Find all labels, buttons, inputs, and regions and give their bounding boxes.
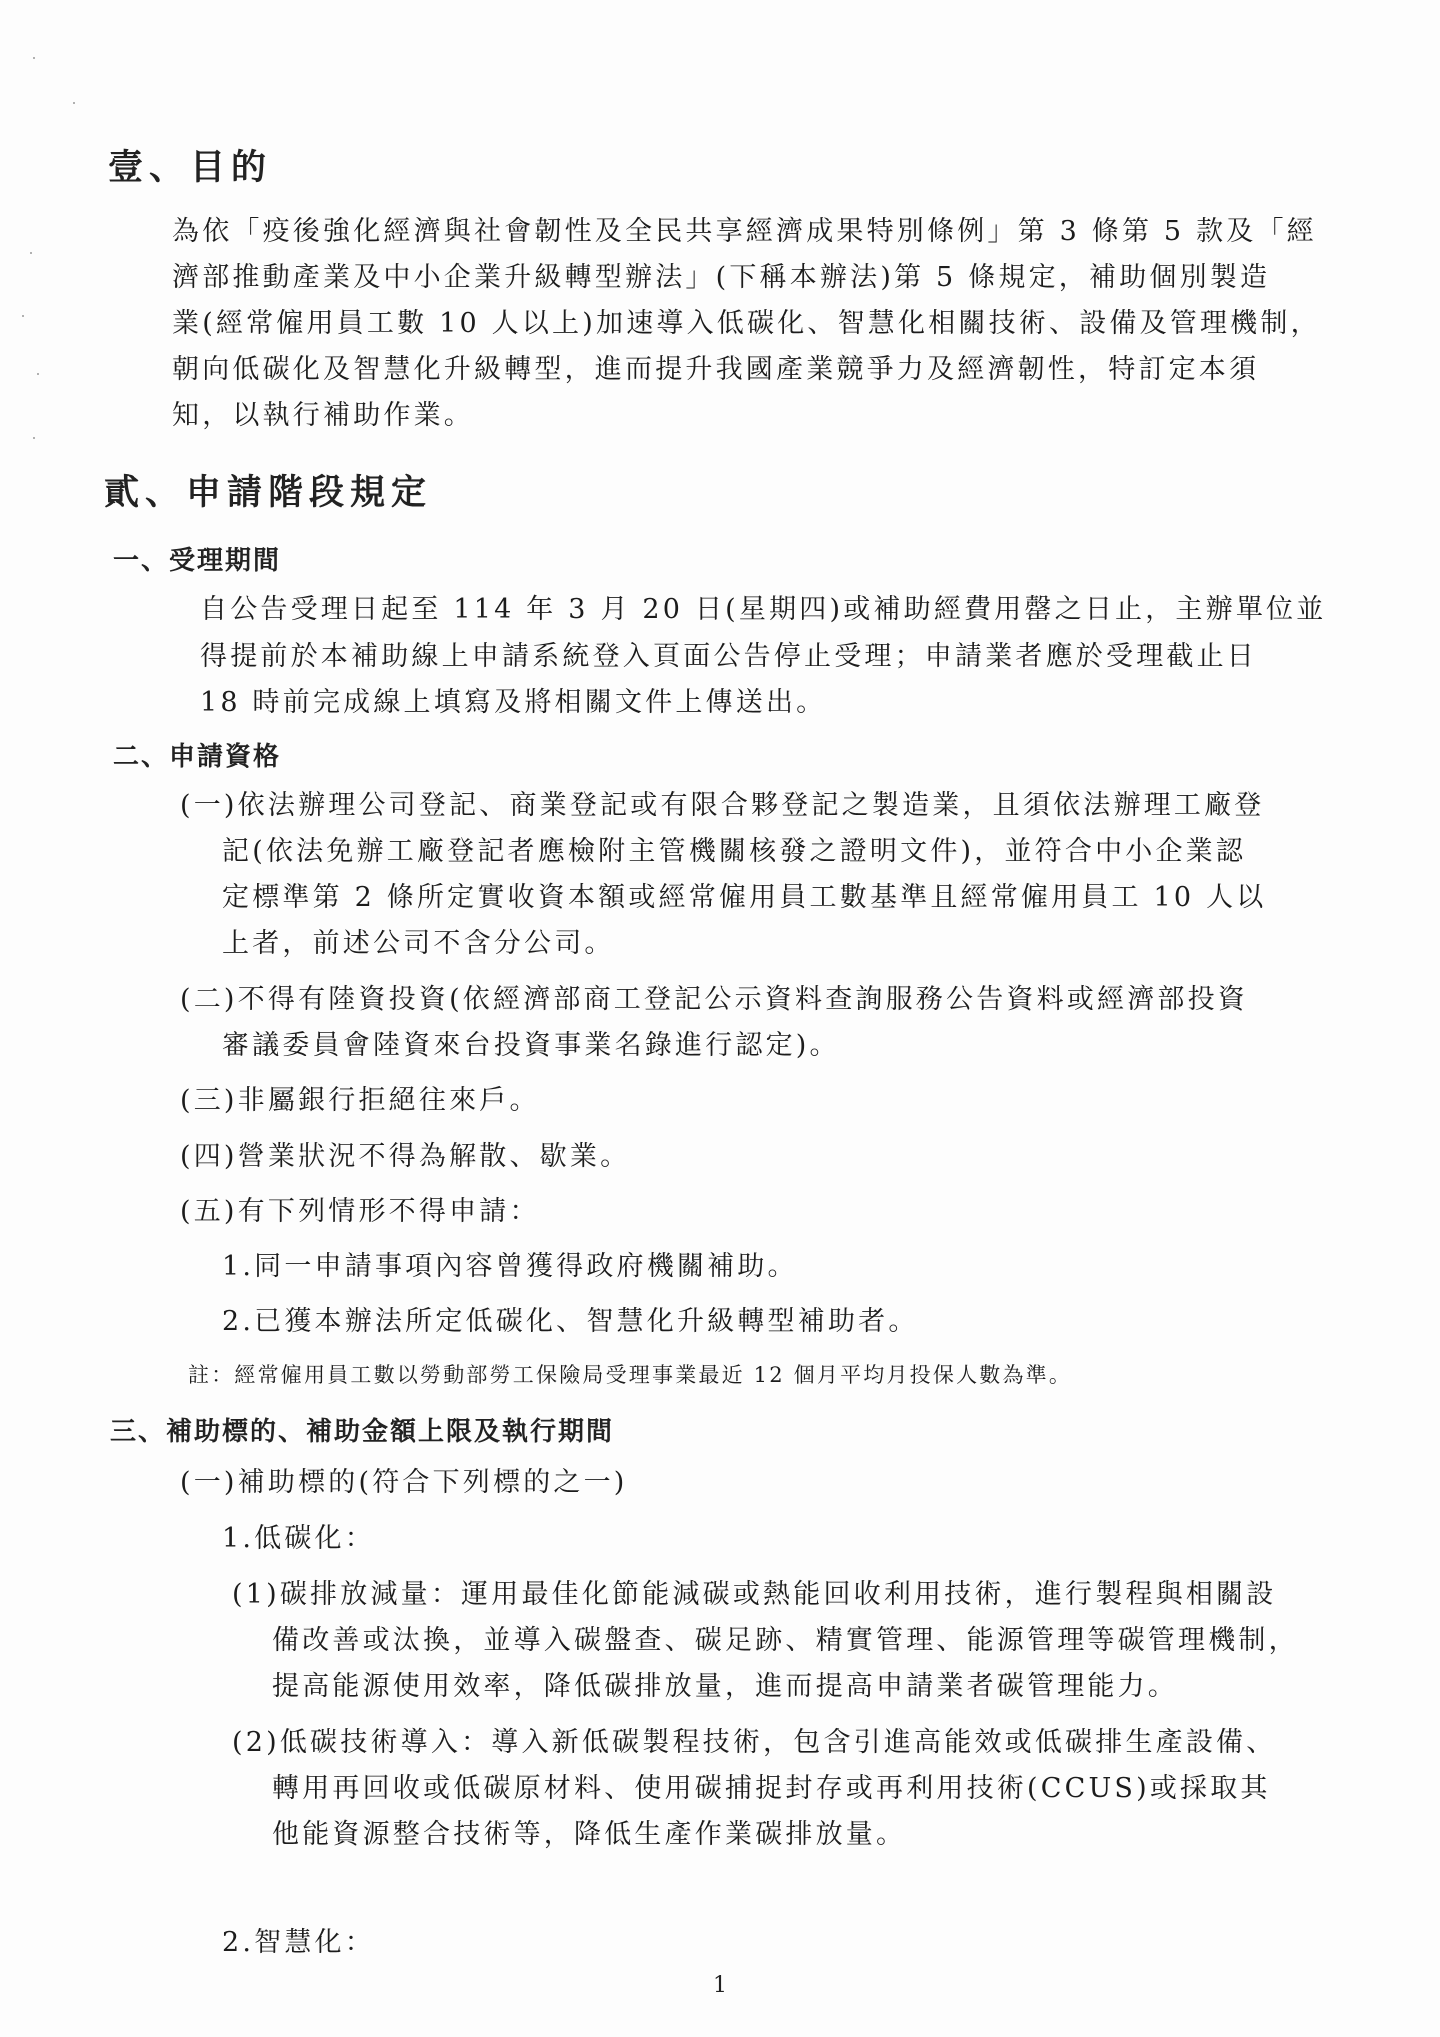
section-heading-purpose: 壹、目的: [108, 143, 272, 193]
eligibility-item-1: 記(依法免辦工廠登記者應檢附主管機關核發之證明文件)，並符合中小企業認: [222, 832, 1246, 872]
eligibility-item-5: (五)有下列情形不得申請：: [180, 1192, 540, 1232]
subsidy-item-1: (一)補助標的(符合下列標的之一): [180, 1463, 628, 1503]
eligibility-item-2: (二)不得有陸資投資(依經濟部商工登記公示資料查詢服務公告資料或經濟部投資: [180, 980, 1248, 1020]
eligibility-subitem: 2.已獲本辦法所定低碳化、智慧化升級轉型補助者。: [222, 1302, 919, 1342]
scan-speck: [33, 57, 35, 59]
paragraph-line: 知，以執行補助作業。: [172, 396, 474, 436]
page-number: 1: [0, 1973, 1440, 1998]
low-carbon-entry-2: 他能資源整合技術等，降低生產作業碳排放量。: [272, 1815, 906, 1855]
low-carbon-entry-2: 轉用再回收或低碳原材料、使用碳捕捉封存或再利用技術(CCUS)或採取其: [272, 1769, 1271, 1809]
eligibility-item-3: (三)非屬銀行拒絕往來戶。: [180, 1081, 540, 1121]
scan-speck: [33, 437, 35, 439]
category-low-carbon: 1.低碳化：: [222, 1519, 375, 1559]
paragraph-line: 得提前於本補助線上申請系統登入頁面公告停止受理；申請業者應於受理截止日: [200, 637, 1257, 677]
scan-speck: [37, 373, 39, 375]
paragraph-line: 濟部推動產業及中小企業升級轉型辦法」(下稱本辦法)第 5 條規定，補助個別製造: [172, 258, 1270, 298]
scan-speck: [73, 102, 75, 104]
low-carbon-entry-1: (1)碳排放減量：運用最佳化節能減碳或熱能回收利用技術，進行製程與相關設: [232, 1575, 1276, 1615]
eligibility-item-1: 上者，前述公司不含分公司。: [222, 924, 615, 964]
eligibility-item-2: 審議委員會陸資來台投資事業名錄進行認定)。: [222, 1026, 840, 1066]
category-smart: 2.智慧化：: [222, 1923, 375, 1963]
section-heading-application: 貳、申請階段規定: [104, 468, 432, 518]
eligibility-item-1: 定標準第 2 條所定實收資本額或經常僱用員工數基準且經常僱用員工 10 人以: [222, 878, 1266, 918]
subsection-heading-eligibility: 二、申請資格: [113, 737, 281, 777]
low-carbon-entry-1: 備改善或汰換，並導入碳盤查、碳足跡、精實管理、能源管理等碳管理機制，: [272, 1621, 1299, 1661]
scan-speck: [22, 315, 24, 317]
eligibility-subitem: 1.同一申請事項內容曾獲得政府機關補助。: [222, 1247, 798, 1287]
subsection-heading-period: 一、受理期間: [113, 541, 281, 581]
subsection-heading-subsidy: 三、補助標的、補助金額上限及執行期間: [110, 1412, 614, 1452]
paragraph-line: 18 時前完成線上填寫及將相關文件上傳送出。: [200, 683, 826, 723]
scan-speck: [30, 252, 32, 254]
paragraph-line: 朝向低碳化及智慧化升級轉型，進而提升我國產業競爭力及經濟韌性，特訂定本須: [172, 350, 1259, 390]
paragraph-line: 為依「疫後強化經濟與社會韌性及全民共享經濟成果特別條例」第 3 條第 5 款及「…: [172, 212, 1317, 252]
low-carbon-entry-2: (2)低碳技術導入：導入新低碳製程技術，包含引進高能效或低碳排生產設備、: [232, 1723, 1276, 1763]
low-carbon-entry-1: 提高能源使用效率，降低碳排放量，進而提高申請業者碳管理能力。: [272, 1667, 1178, 1707]
document-page: 壹、目的 為依「疫後強化經濟與社會韌性及全民共享經濟成果特別條例」第 3 條第 …: [0, 0, 1440, 2037]
paragraph-line: 業(經常僱用員工數 10 人以上)加速導入低碳化、智慧化相關技術、設備及管理機制…: [172, 304, 1321, 344]
eligibility-item-1: (一)依法辦理公司登記、商業登記或有限合夥登記之製造業，且須依法辦理工廠登: [180, 786, 1264, 826]
paragraph-line: 自公告受理日起至 114 年 3 月 20 日(星期四)或補助經費用罄之日止，主…: [200, 590, 1326, 630]
eligibility-item-4: (四)營業狀況不得為解散、歇業。: [180, 1137, 630, 1177]
eligibility-note: 註：經常僱用員工數以勞動部勞工保險局受理事業最近 12 個月平均月投保人數為準。: [188, 1359, 1072, 1391]
